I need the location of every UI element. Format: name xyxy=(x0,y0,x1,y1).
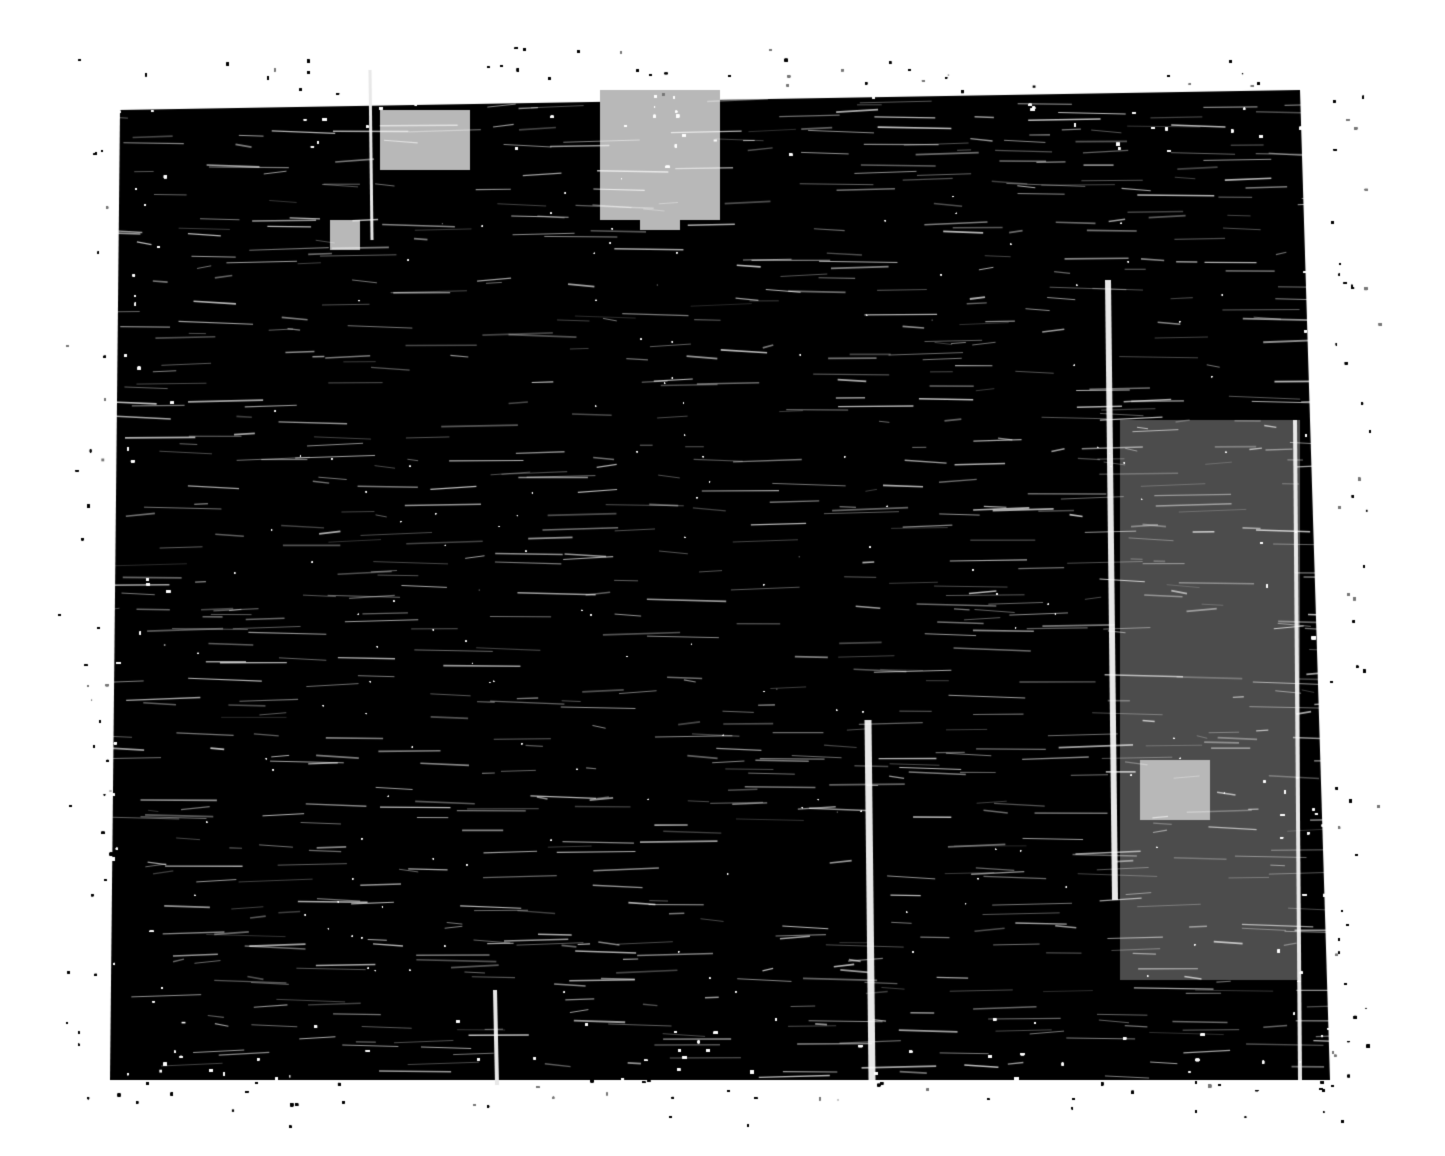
grunge-texture xyxy=(0,0,1445,1156)
grunge-texture-canvas xyxy=(0,0,1445,1156)
